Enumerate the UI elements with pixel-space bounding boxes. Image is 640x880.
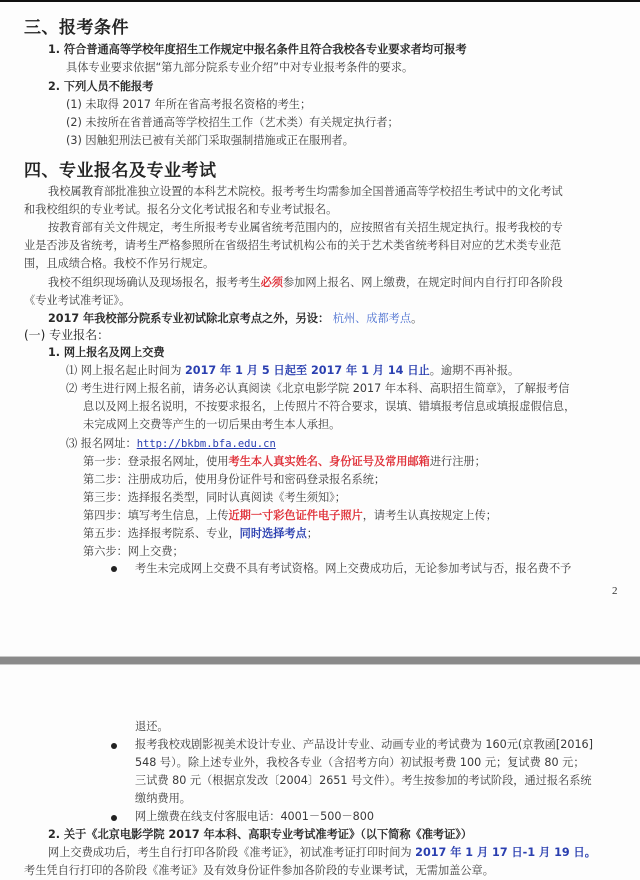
bullet-icon: [111, 743, 117, 749]
bullet-1-line-2: 退还。: [135, 719, 169, 735]
bullet-2-line-3: 三试费 80 元（根据京发改〔2004〕2651 号文件）。考生按参加的考试阶段…: [135, 773, 592, 789]
item-2-line-1-pre: 网上交费成功后，考生自行打印各阶段《准考证》，初试准考证打印时间为: [48, 846, 415, 859]
item-2-line-1: 网上交费成功后，考生自行打印各阶段《准考证》，初试准考证打印时间为 2017 年…: [48, 845, 596, 861]
admission-ticket-print-period: 2017 年 1 月 17 日-1 月 19 日。: [415, 846, 596, 859]
item-2-title: 2. 关于《北京电影学院 2017 年本科、高职专业考试准考证》（以下简称《准考…: [48, 827, 472, 843]
bullet-2-line-2: 548 号）。除上述专业外，我校各专业（含招考方向）初试报考费 100 元；复试…: [135, 755, 585, 771]
document-page-2: 退还。 报考我校戏剧影视美术设计专业、产品设计专业、动画专业的考试费为 160元…: [0, 0, 640, 880]
bullet-2-line-1: 报考我校戏剧影视美术设计专业、产品设计专业、动画专业的考试费为 160元(京教函…: [135, 737, 593, 753]
bullet-2-line-4: 缴纳费用。: [135, 791, 191, 807]
bullet-icon: [111, 815, 117, 821]
bullet-3: 网上缴费在线支付客服电话：4001－500－800: [135, 809, 374, 825]
item-2-line-2: 考生凭自行打印的各阶段《准考证》及有效身份证件参加各阶段的专业课考试，无需加盖公…: [24, 863, 494, 879]
